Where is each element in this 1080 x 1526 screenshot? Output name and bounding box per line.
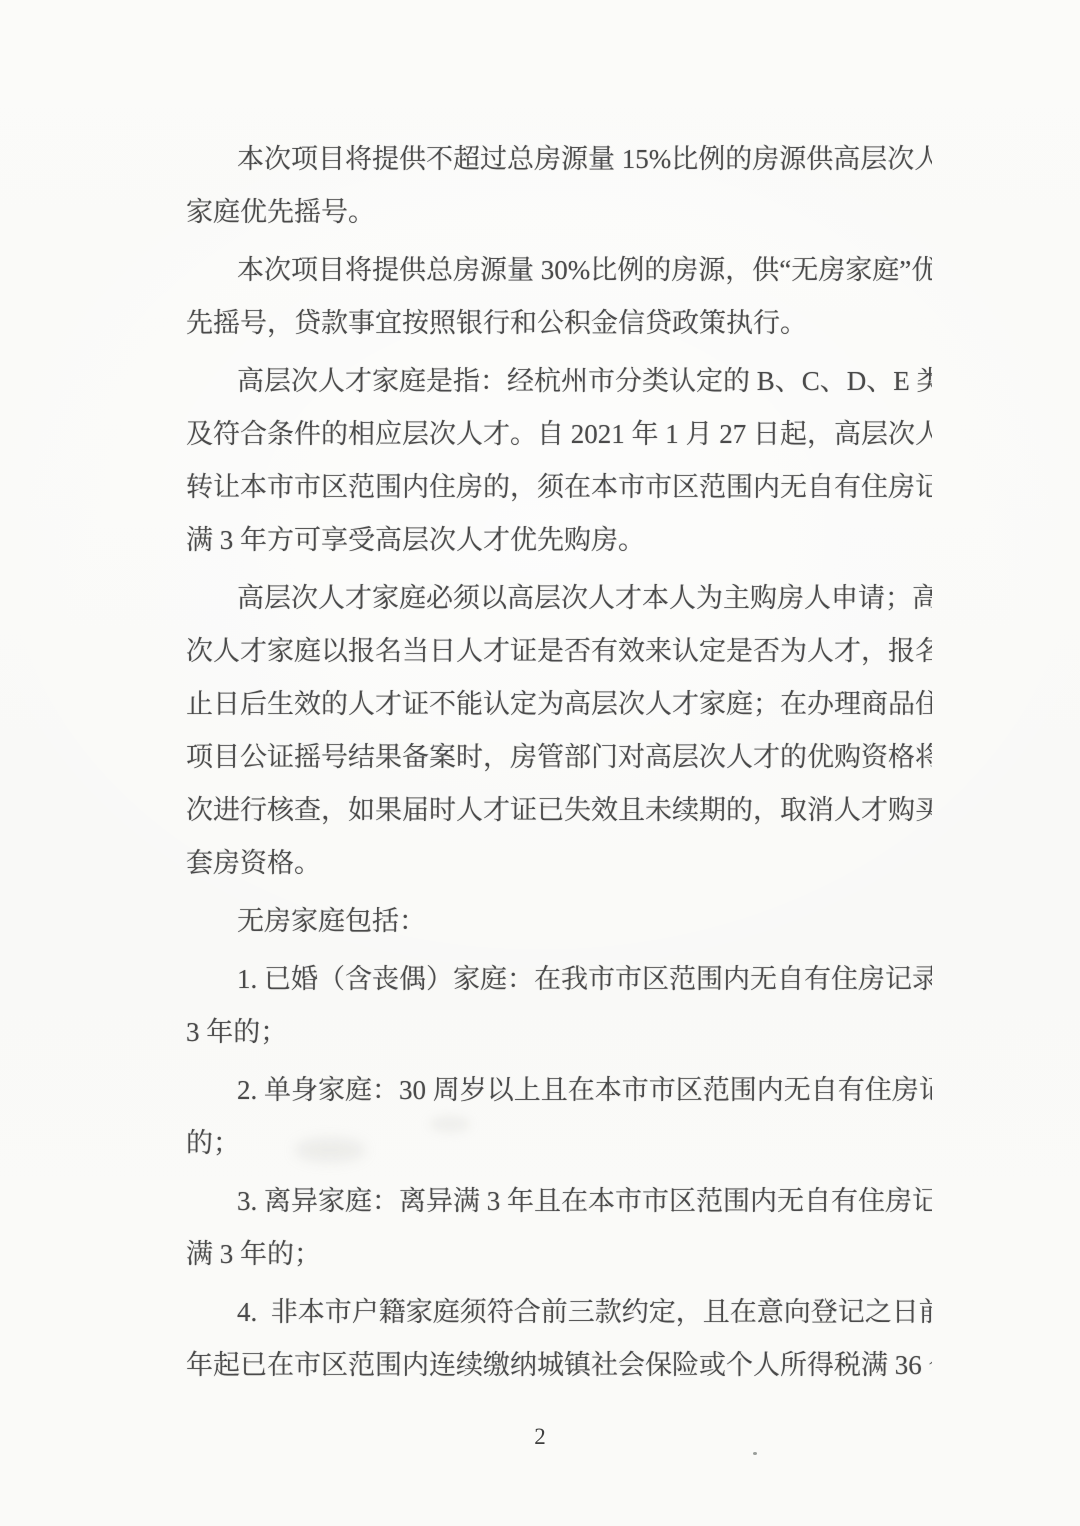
paragraph: 高层次人才家庭是指：经杭州市分类认定的 B、C、D、E 类人才及符合条件的相应层… [186, 355, 932, 567]
text-line: 次人才家庭以报名当日人才证是否有效来认定是否为人才，报名截 [186, 625, 932, 678]
scan-speck [753, 1452, 757, 1455]
text-line: 本次项目将提供不超过总房源量 15%比例的房源供高层次人才 [186, 133, 932, 186]
paragraph: 本次项目将提供总房源量 30%比例的房源，供“无房家庭”优先摇号，贷款事宜按照银… [186, 244, 932, 350]
text-line: 1. 已婚（含丧偶）家庭：在我市市区范围内无自有住房记录满 [186, 953, 932, 1006]
text-line: 套房资格。 [186, 837, 932, 890]
paragraph: 1. 已婚（含丧偶）家庭：在我市市区范围内无自有住房记录满3 年的； [186, 953, 932, 1059]
text-line: 高层次人才家庭必须以高层次人才本人为主购房人申请；高层 [186, 572, 932, 625]
text-line: 转让本市市区范围内住房的，须在本市市区范围内无自有住房记录 [186, 461, 932, 514]
text-line: 先摇号，贷款事宜按照银行和公积金信贷政策执行。 [186, 297, 932, 350]
page-number: 2 [0, 1422, 1080, 1452]
text-line: 3. 离异家庭：离异满 3 年且在本市市区范围内无自有住房记录 [186, 1175, 932, 1228]
text-line: 的； [186, 1117, 932, 1170]
text-line: 次进行核查，如果届时人才证已失效且未续期的，取消人才购买该 [186, 784, 932, 837]
paragraph: 本次项目将提供不超过总房源量 15%比例的房源供高层次人才家庭优先摇号。 [186, 133, 932, 239]
text-line: 家庭优先摇号。 [186, 186, 932, 239]
paragraph: 无房家庭包括： [186, 895, 932, 948]
text-line: 止日后生效的人才证不能认定为高层次人才家庭；在办理商品住房 [186, 678, 932, 731]
text-line: 及符合条件的相应层次人才。自 2021 年 1 月 27 日起，高层次人才 [186, 408, 932, 461]
text-line: 2. 单身家庭：30 周岁以上且在本市市区范围内无自有住房记录 [186, 1064, 932, 1117]
scan-smudge [295, 1138, 365, 1162]
text-line: 3 年的； [186, 1006, 932, 1059]
paragraph: 高层次人才家庭必须以高层次人才本人为主购房人申请；高层次人才家庭以报名当日人才证… [186, 572, 932, 890]
text-line: 满 3 年的； [186, 1228, 932, 1281]
text-line: 满 3 年方可享受高层次人才优先购房。 [186, 514, 932, 567]
text-line: 年起已在市区范围内连续缴纳城镇社会保险或个人所得税满 36 个月。 [186, 1339, 932, 1392]
document-body: 本次项目将提供不超过总房源量 15%比例的房源供高层次人才家庭优先摇号。本次项目… [186, 133, 932, 1397]
paragraph: 4. 非本市户籍家庭须符合前三款约定，且在意向登记之日前 3年起已在市区范围内连… [186, 1286, 932, 1392]
text-line: 本次项目将提供总房源量 30%比例的房源，供“无房家庭”优 [186, 244, 932, 297]
text-line: 高层次人才家庭是指：经杭州市分类认定的 B、C、D、E 类人才 [186, 355, 932, 408]
scanned-document-page: 本次项目将提供不超过总房源量 15%比例的房源供高层次人才家庭优先摇号。本次项目… [0, 0, 1080, 1526]
paragraph: 3. 离异家庭：离异满 3 年且在本市市区范围内无自有住房记录满 3 年的； [186, 1175, 932, 1281]
text-line: 4. 非本市户籍家庭须符合前三款约定，且在意向登记之日前 3 [186, 1286, 932, 1339]
scan-smudge [430, 1116, 470, 1132]
text-line: 项目公证摇号结果备案时，房管部门对高层次人才的优购资格将再 [186, 731, 932, 784]
text-line: 无房家庭包括： [186, 895, 932, 948]
